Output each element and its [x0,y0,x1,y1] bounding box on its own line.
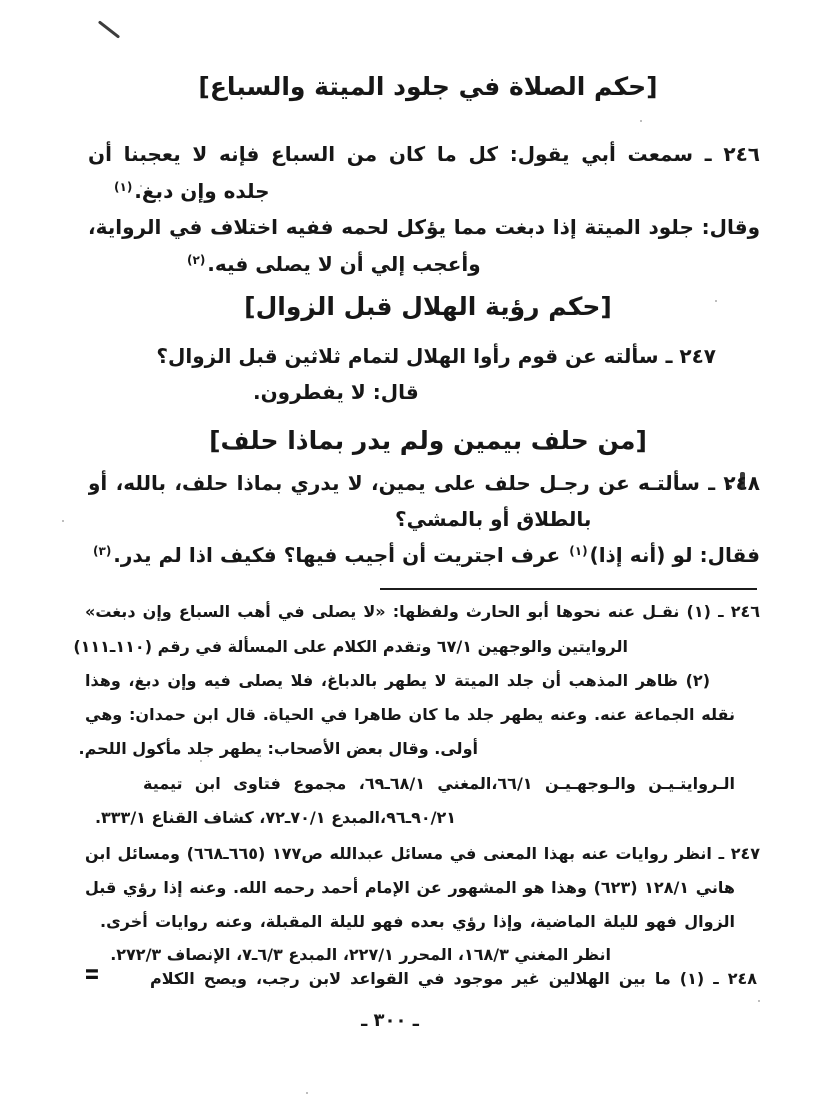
section-heading-3-text: [من حلف بيمين ولم يدر بماذا حلف] [209,426,647,455]
section-heading-3: [من حلف بيمين ولم يدر بماذا حلف] [95,420,761,462]
footnote-separator [380,588,757,590]
paragraph-246-line-4: وأعجب إلي أن لا يصلى فيه.(٢) [185,248,481,283]
section-heading-1-text: [حكم الصلاة في جلود الميتة والسباع] [198,72,657,101]
footnote-247-line-1: ٢٤٧ ـ انظر روايات عنه بهذا المعنى في مسا… [85,840,760,867]
paragraph-247-line-2: قال: لا يفطرون. [253,376,419,408]
section-heading-2: [حكم رؤية الهلال قبل الزوال] [95,286,761,328]
footnote-246-line-3: (٢) ظاهر المذهب أن جلد الميتة لا يطهر با… [85,667,710,697]
footnote-247-line-4: انظر المغني ١٦٨/٣، المحرر ٢٢٧/١، المبدع … [110,941,611,968]
paragraph-246-line-3: وقال: جلود الميتة إذا دبغت مما يؤكل لحمه… [88,211,760,243]
scan-speck [640,120,642,122]
footnote-marker-2: (٢) [187,253,205,267]
section-heading-2-text: [حكم رؤية الهلال قبل الزوال] [244,292,612,321]
footnote-continuation-mark: = [84,958,100,991]
footnote-246-line-6: الـروايتـيـن والـوجهـيـن ٦٦/١،المغني ٦٨/… [143,770,735,797]
paragraph-248-line-2: بالطلاق أو بالمشي؟ [395,503,591,535]
footnote-246-line-2: الروايتين والوجهين ٦٧/١ وتقدم الكلام على… [73,633,628,660]
paragraph-248-line-1: ٢٤٨ ـ سألتـه عن رجـل حلف على يمين، لا يد… [88,467,760,499]
footnote-246-line-7: ٩٠/٢١ـ٩٦،المبدع ٧٠/١ـ٧٢، كشاف القناع ٣٣٣… [95,804,456,831]
scan-speck [758,1000,760,1002]
paragraph-247-line-1: ٢٤٧ ـ سألته عن قوم رأوا الهلال لتمام ثلا… [156,340,716,372]
scanned-book-page: [حكم الصلاة في جلود الميتة والسباع] ٢٤٦ … [0,0,817,1113]
stray-ink-stroke [98,20,120,38]
footnote-marker-3: (٣) [93,544,111,558]
footnote-246-line-4: نقله الجماعة عنه. وعنه يطهر جلد ما كان ط… [85,701,735,728]
scan-speck [306,1092,308,1094]
paragraph-248-line-3: فقال: لو (أنه إذا)(١) عرف اجتريت أن أجيب… [91,539,760,574]
paragraph-246-line-1: ٢٤٦ ـ سمعت أبي يقول: كل ما كان من السباع… [88,138,760,174]
page-number: ـ ٣٠٠ ـ [57,1010,723,1031]
footnote-246-line-5: أولى. وقال بعض الأصحاب: يطهر جلد مأكول ا… [79,735,478,762]
footnote-marker-1: (١) [114,180,132,194]
footnote-247-line-3: الزوال فهو لليلة الماضية، وإذا رؤي بعده … [100,908,735,935]
section-heading-1: [حكم الصلاة في جلود الميتة والسباع] [95,66,761,108]
footnote-247-line-2: هاني ١٢٨/١ (٦٢٣) وهذا هو المشهور عن الإم… [85,874,735,901]
scan-speck [62,520,64,522]
paragraph-246-line-2: جلده وإن دبغ.(١) [112,175,270,210]
footnote-248-line-1: ٢٤٨ ـ (١) ما بين الهلالين غير موجود في ا… [150,965,757,995]
footnote-246-line-1: ٢٤٦ ـ (١) نقـل عنه نحوها أبو الحارث ولفظ… [85,598,760,625]
footnote-marker-1: (١) [569,544,587,558]
